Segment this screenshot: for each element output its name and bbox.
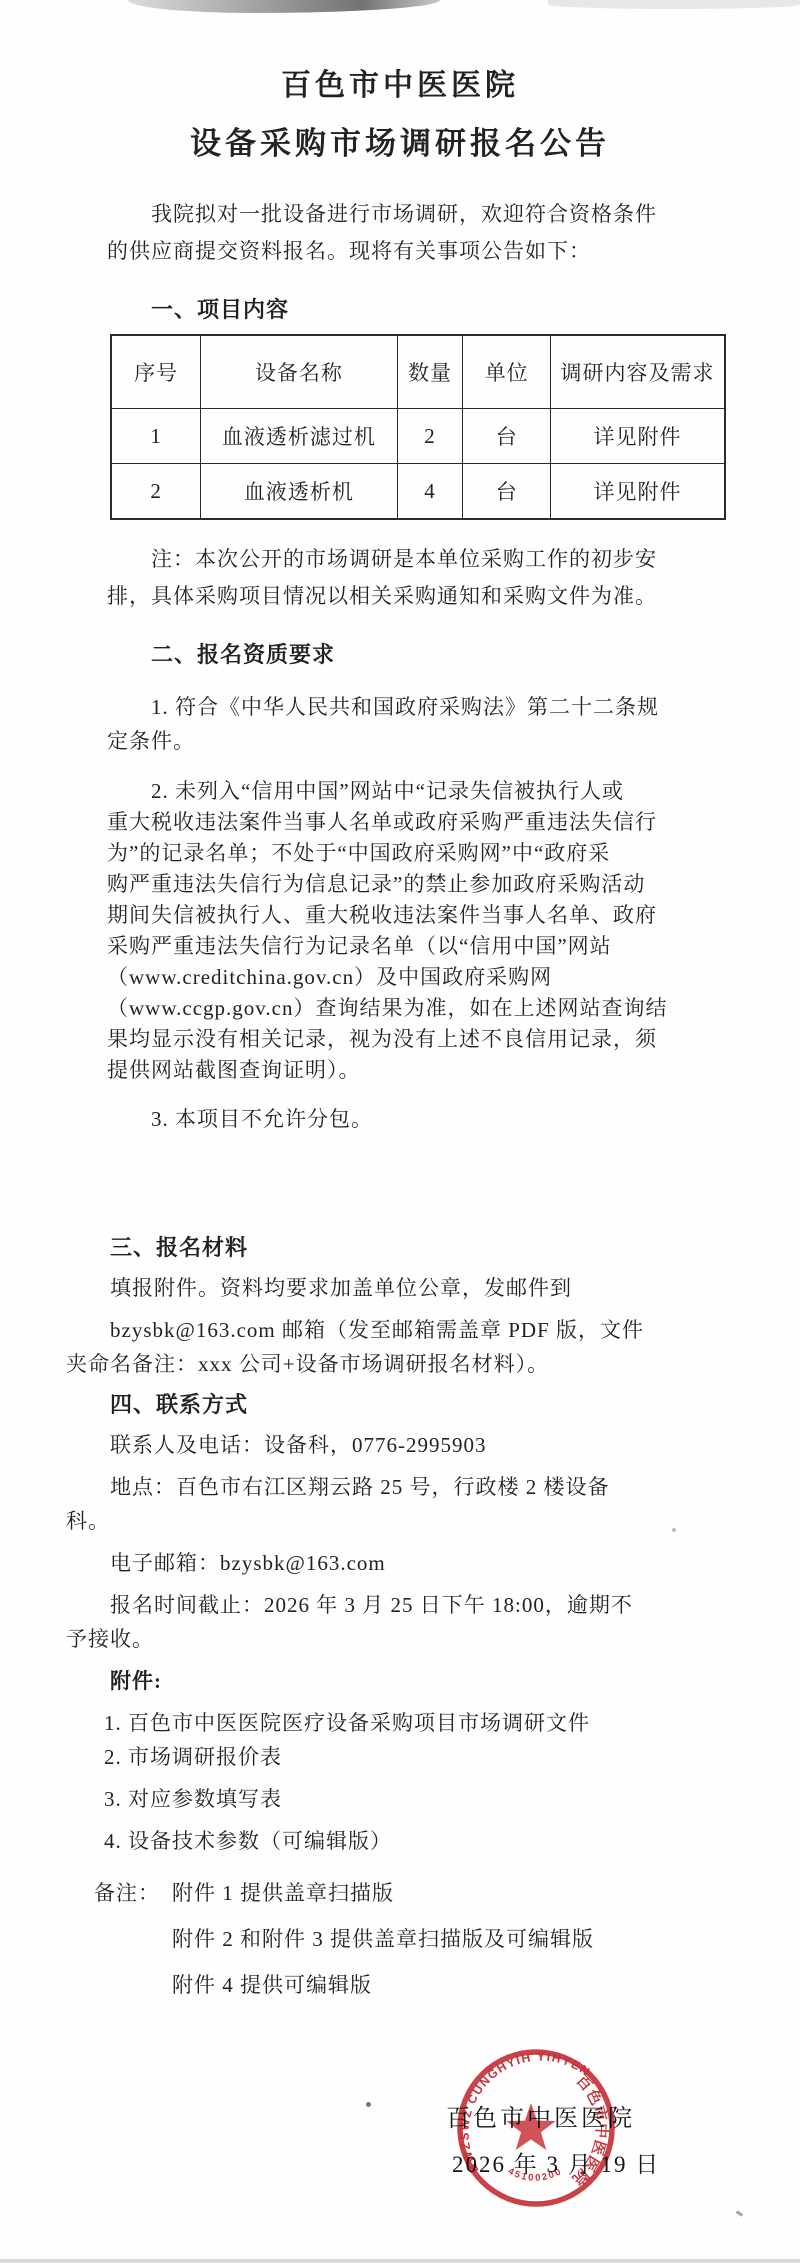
document-title-line1: 百色市中医医院 [0, 64, 800, 108]
section1-heading: 一、项目内容 [151, 294, 740, 325]
deadline-line: 报名时间截止：2026 年 3 月 25 日下午 18:00，逾期不 予接收。 [66, 1588, 740, 1656]
official-red-seal: BWZSWZ CUNGHYIH YIHYEN 百色市中医医院 451002001… [444, 2036, 628, 2220]
address-line: 地点：百色市右江区翔云路 25 号，行政楼 2 楼设备 科。 [66, 1470, 740, 1538]
attachment-items-1-2: 1. 百色市中医医院医疗设备采购项目市场调研文件 2. 市场调研报价表 [104, 1706, 740, 1774]
col-header-qty: 数量 [397, 335, 463, 409]
contact-line: 联系人及电话：设备科，0776-2995903 [66, 1428, 740, 1462]
scan-dot-artifact [672, 1528, 676, 1532]
seal-arc-latin-text: BWZSWZ CUNGHYIH YIHYEN [457, 2050, 593, 2176]
remark-label: 备注： [94, 1870, 160, 2008]
cell-req: 详见附件 [551, 464, 725, 520]
col-header-unit: 单位 [463, 335, 551, 409]
materials-body-2: bzysbk@163.com 邮箱（发至邮箱需盖章 PDF 版，文件 夹命名备注… [66, 1313, 740, 1381]
qualification-item-1: 1. 符合《中华人民共和国政府采购法》第二十二条规 定条件。 [107, 690, 740, 758]
cell-unit: 台 [463, 464, 551, 520]
section4-heading: 四、联系方式 [110, 1389, 740, 1420]
col-header-seq: 序号 [111, 335, 201, 409]
cell-seq: 2 [111, 464, 201, 520]
cell-qty: 4 [397, 464, 463, 520]
cell-name: 血液透析机 [201, 464, 397, 520]
intro-paragraph: 我院拟对一批设备进行市场调研，欢迎符合资格条件 的供应商提交资料报名。现将有关事… [107, 196, 740, 270]
table-header-row: 序号 设备名称 数量 单位 调研内容及需求 [111, 335, 725, 409]
scan-dot-artifact [366, 2102, 371, 2107]
table-note: 注：本次公开的市场调研是本单位采购工作的初步安 排，具体采购项目情况以相关采购通… [107, 541, 740, 615]
equipment-table: 序号 设备名称 数量 单位 调研内容及需求 1 血液透析滤过机 2 台 详见附件… [110, 334, 726, 520]
table-row: 2 血液透析机 4 台 详见附件 [111, 464, 725, 520]
cell-req: 详见附件 [551, 409, 725, 464]
attachment-item-3: 3. 对应参数填写表 [104, 1782, 740, 1816]
col-header-req: 调研内容及需求 [551, 335, 725, 409]
scan-smudge-top-right [548, 0, 800, 9]
scanned-document-page: 百色市中医医院 设备采购市场调研报名公告 我院拟对一批设备进行市场调研，欢迎符合… [0, 0, 800, 2263]
cell-seq: 1 [111, 409, 201, 464]
cell-name: 血液透析滤过机 [201, 409, 397, 464]
section3-heading: 三、报名材料 [110, 1232, 740, 1263]
materials-body-1: 填报附件。资料均要求加盖单位公章，发邮件到 [66, 1271, 740, 1305]
attachment-item-4: 4. 设备技术参数（可编辑版） [104, 1824, 740, 1858]
qualification-item-2: 2. 未列入“信用中国”网站中“记录失信被执行人或 重大税收违法案件当事人名单或… [107, 776, 740, 1086]
table-row: 1 血液透析滤过机 2 台 详见附件 [111, 409, 725, 464]
scan-dot-artifact [736, 2210, 743, 2216]
remark-lines: 附件 1 提供盖章扫描版 附件 2 和附件 3 提供盖章扫描版及可编辑版 附件 … [172, 1870, 594, 2008]
col-header-name: 设备名称 [201, 335, 397, 409]
qualification-item-3: 3. 本项目不允许分包。 [107, 1102, 740, 1136]
svg-text:BWZSWZ CUNGHYIH YIHYEN: BWZSWZ CUNGHYIH YIHYEN [457, 2050, 593, 2176]
document-title-line2: 设备采购市场调研报名公告 [0, 120, 800, 168]
email-line: 电子邮箱：bzysbk@163.com [66, 1546, 740, 1580]
attachments-heading: 附件: [66, 1664, 740, 1698]
scan-bottom-edge [0, 2259, 800, 2263]
page-2-content: 三、报名材料 填报附件。资料均要求加盖单位公章，发邮件到 bzysbk@163.… [0, 1232, 800, 2008]
star-icon [506, 2103, 555, 2150]
remark-block: 备注： 附件 1 提供盖章扫描版 附件 2 和附件 3 提供盖章扫描版及可编辑版… [94, 1870, 740, 2008]
cell-unit: 台 [463, 409, 551, 464]
section2-heading: 二、报名资质要求 [151, 639, 740, 670]
cell-qty: 2 [397, 409, 463, 464]
page-1-content: 百色市中医医院 设备采购市场调研报名公告 我院拟对一批设备进行市场调研，欢迎符合… [0, 0, 800, 1136]
